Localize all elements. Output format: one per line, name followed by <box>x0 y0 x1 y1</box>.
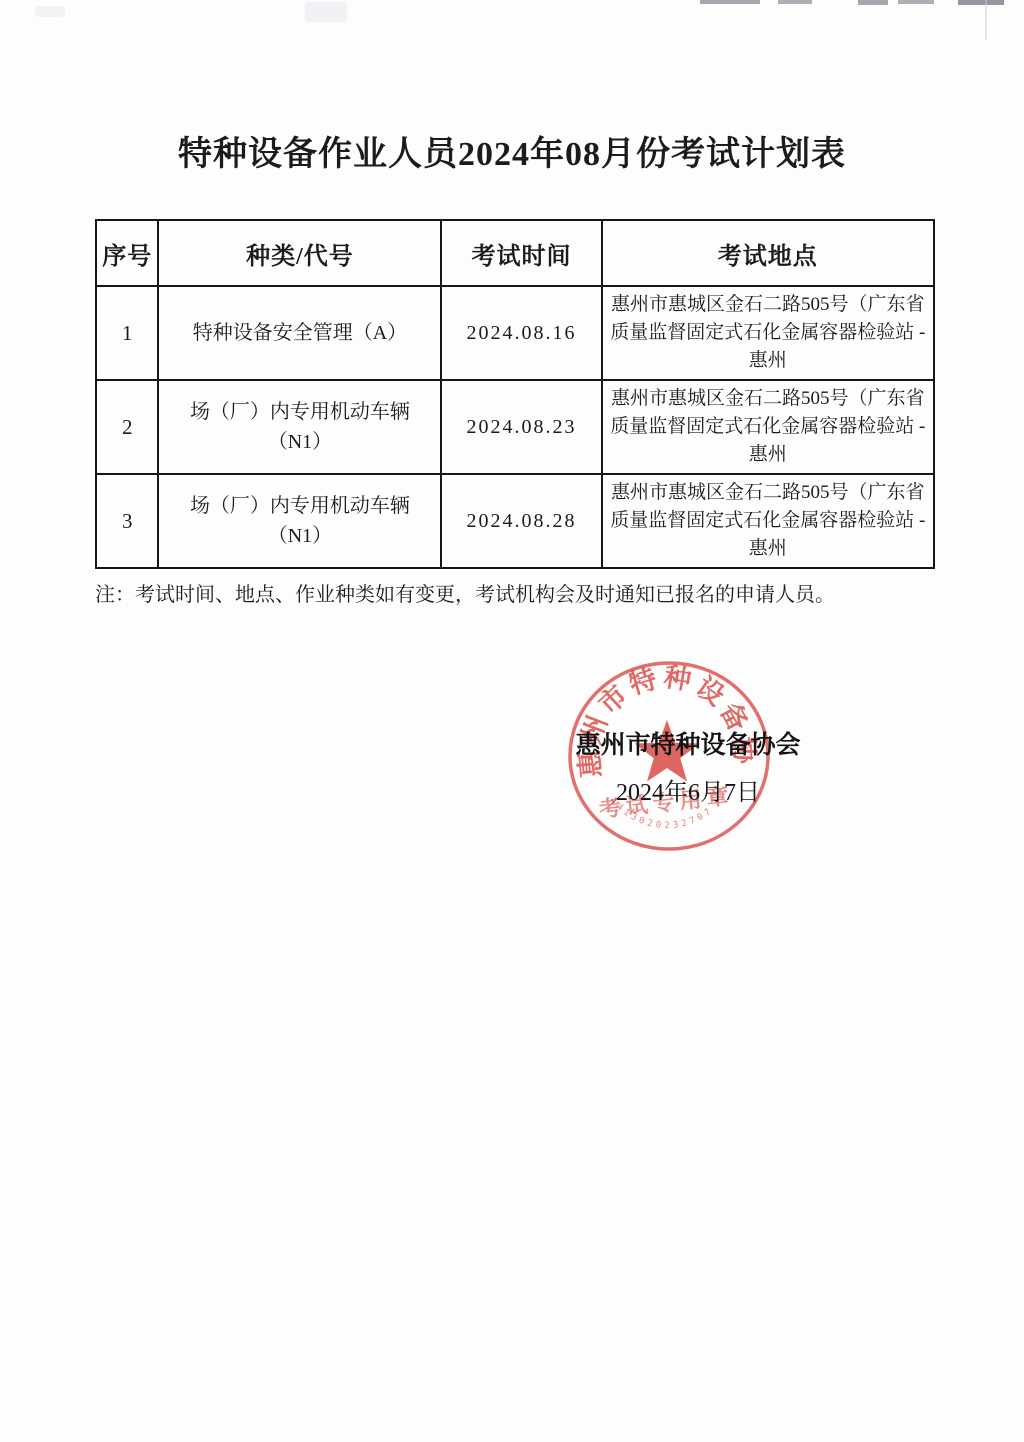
category-line: （N1） <box>163 427 436 457</box>
cell-exam-location: 惠州市惠城区金石二路505号（广东省质量监督固定式石化金属容器检验站 - 惠州 <box>602 474 934 568</box>
table-row: 3 场（厂）内专用机动车辆 （N1） 2024.08.28 惠州市惠城区金石二路… <box>96 474 934 568</box>
column-header-location: 考试地点 <box>602 220 934 286</box>
scan-artifact <box>858 0 888 5</box>
signature-organization: 惠州市特种设备协会 <box>548 725 828 761</box>
cell-exam-location: 惠州市惠城区金石二路505号（广东省质量监督固定式石化金属容器检验站 - 惠州 <box>602 286 934 380</box>
column-header-category: 种类/代号 <box>158 220 441 286</box>
cell-exam-time: 2024.08.23 <box>441 380 601 474</box>
column-header-no: 序号 <box>96 220 158 286</box>
category-line: 场（厂）内专用机动车辆 <box>163 491 436 521</box>
category-line: （N1） <box>163 521 436 551</box>
cell-exam-time: 2024.08.28 <box>441 474 601 568</box>
table-header-row: 序号 种类/代号 考试时间 考试地点 <box>96 220 934 286</box>
cell-category: 场（厂）内专用机动车辆 （N1） <box>158 474 441 568</box>
scanned-document-page: 特种设备作业人员2024年08月份考试计划表 序号 种类/代号 考试时间 考试地… <box>0 0 1024 1442</box>
table-row: 2 场（厂）内专用机动车辆 （N1） 2024.08.23 惠州市惠城区金石二路… <box>96 380 934 474</box>
table-row: 1 特种设备安全管理（A） 2024.08.16 惠州市惠城区金石二路505号（… <box>96 286 934 380</box>
category-line: 特种设备安全管理（A） <box>163 318 436 348</box>
cell-row-number: 1 <box>96 286 158 380</box>
cell-exam-time: 2024.08.16 <box>441 286 601 380</box>
cell-exam-location: 惠州市惠城区金石二路505号（广东省质量监督固定式石化金属容器检验站 - 惠州 <box>602 380 934 474</box>
cell-category: 场（厂）内专用机动车辆 （N1） <box>158 380 441 474</box>
category-line: 场（厂）内专用机动车辆 <box>163 397 436 427</box>
scan-artifact <box>985 0 987 40</box>
cell-row-number: 3 <box>96 474 158 568</box>
scan-artifact <box>958 0 1004 5</box>
cell-category: 特种设备安全管理（A） <box>158 286 441 380</box>
scan-artifact <box>305 2 347 22</box>
page-title: 特种设备作业人员2024年08月份考试计划表 <box>0 126 1024 175</box>
scan-artifact <box>898 0 934 4</box>
column-header-time: 考试时间 <box>441 220 601 286</box>
exam-schedule-table: 序号 种类/代号 考试时间 考试地点 1 特种设备安全管理（A） 2024.08… <box>95 219 935 569</box>
scan-artifact <box>35 6 65 17</box>
scan-artifact <box>778 0 812 4</box>
signature-date: 2024年6月7日 <box>548 772 828 807</box>
scan-artifact <box>700 0 760 4</box>
cell-row-number: 2 <box>96 380 158 474</box>
footnote-text: 注：考试时间、地点、作业种类如有变更，考试机构会及时通知已报名的申请人员。 <box>95 581 915 609</box>
